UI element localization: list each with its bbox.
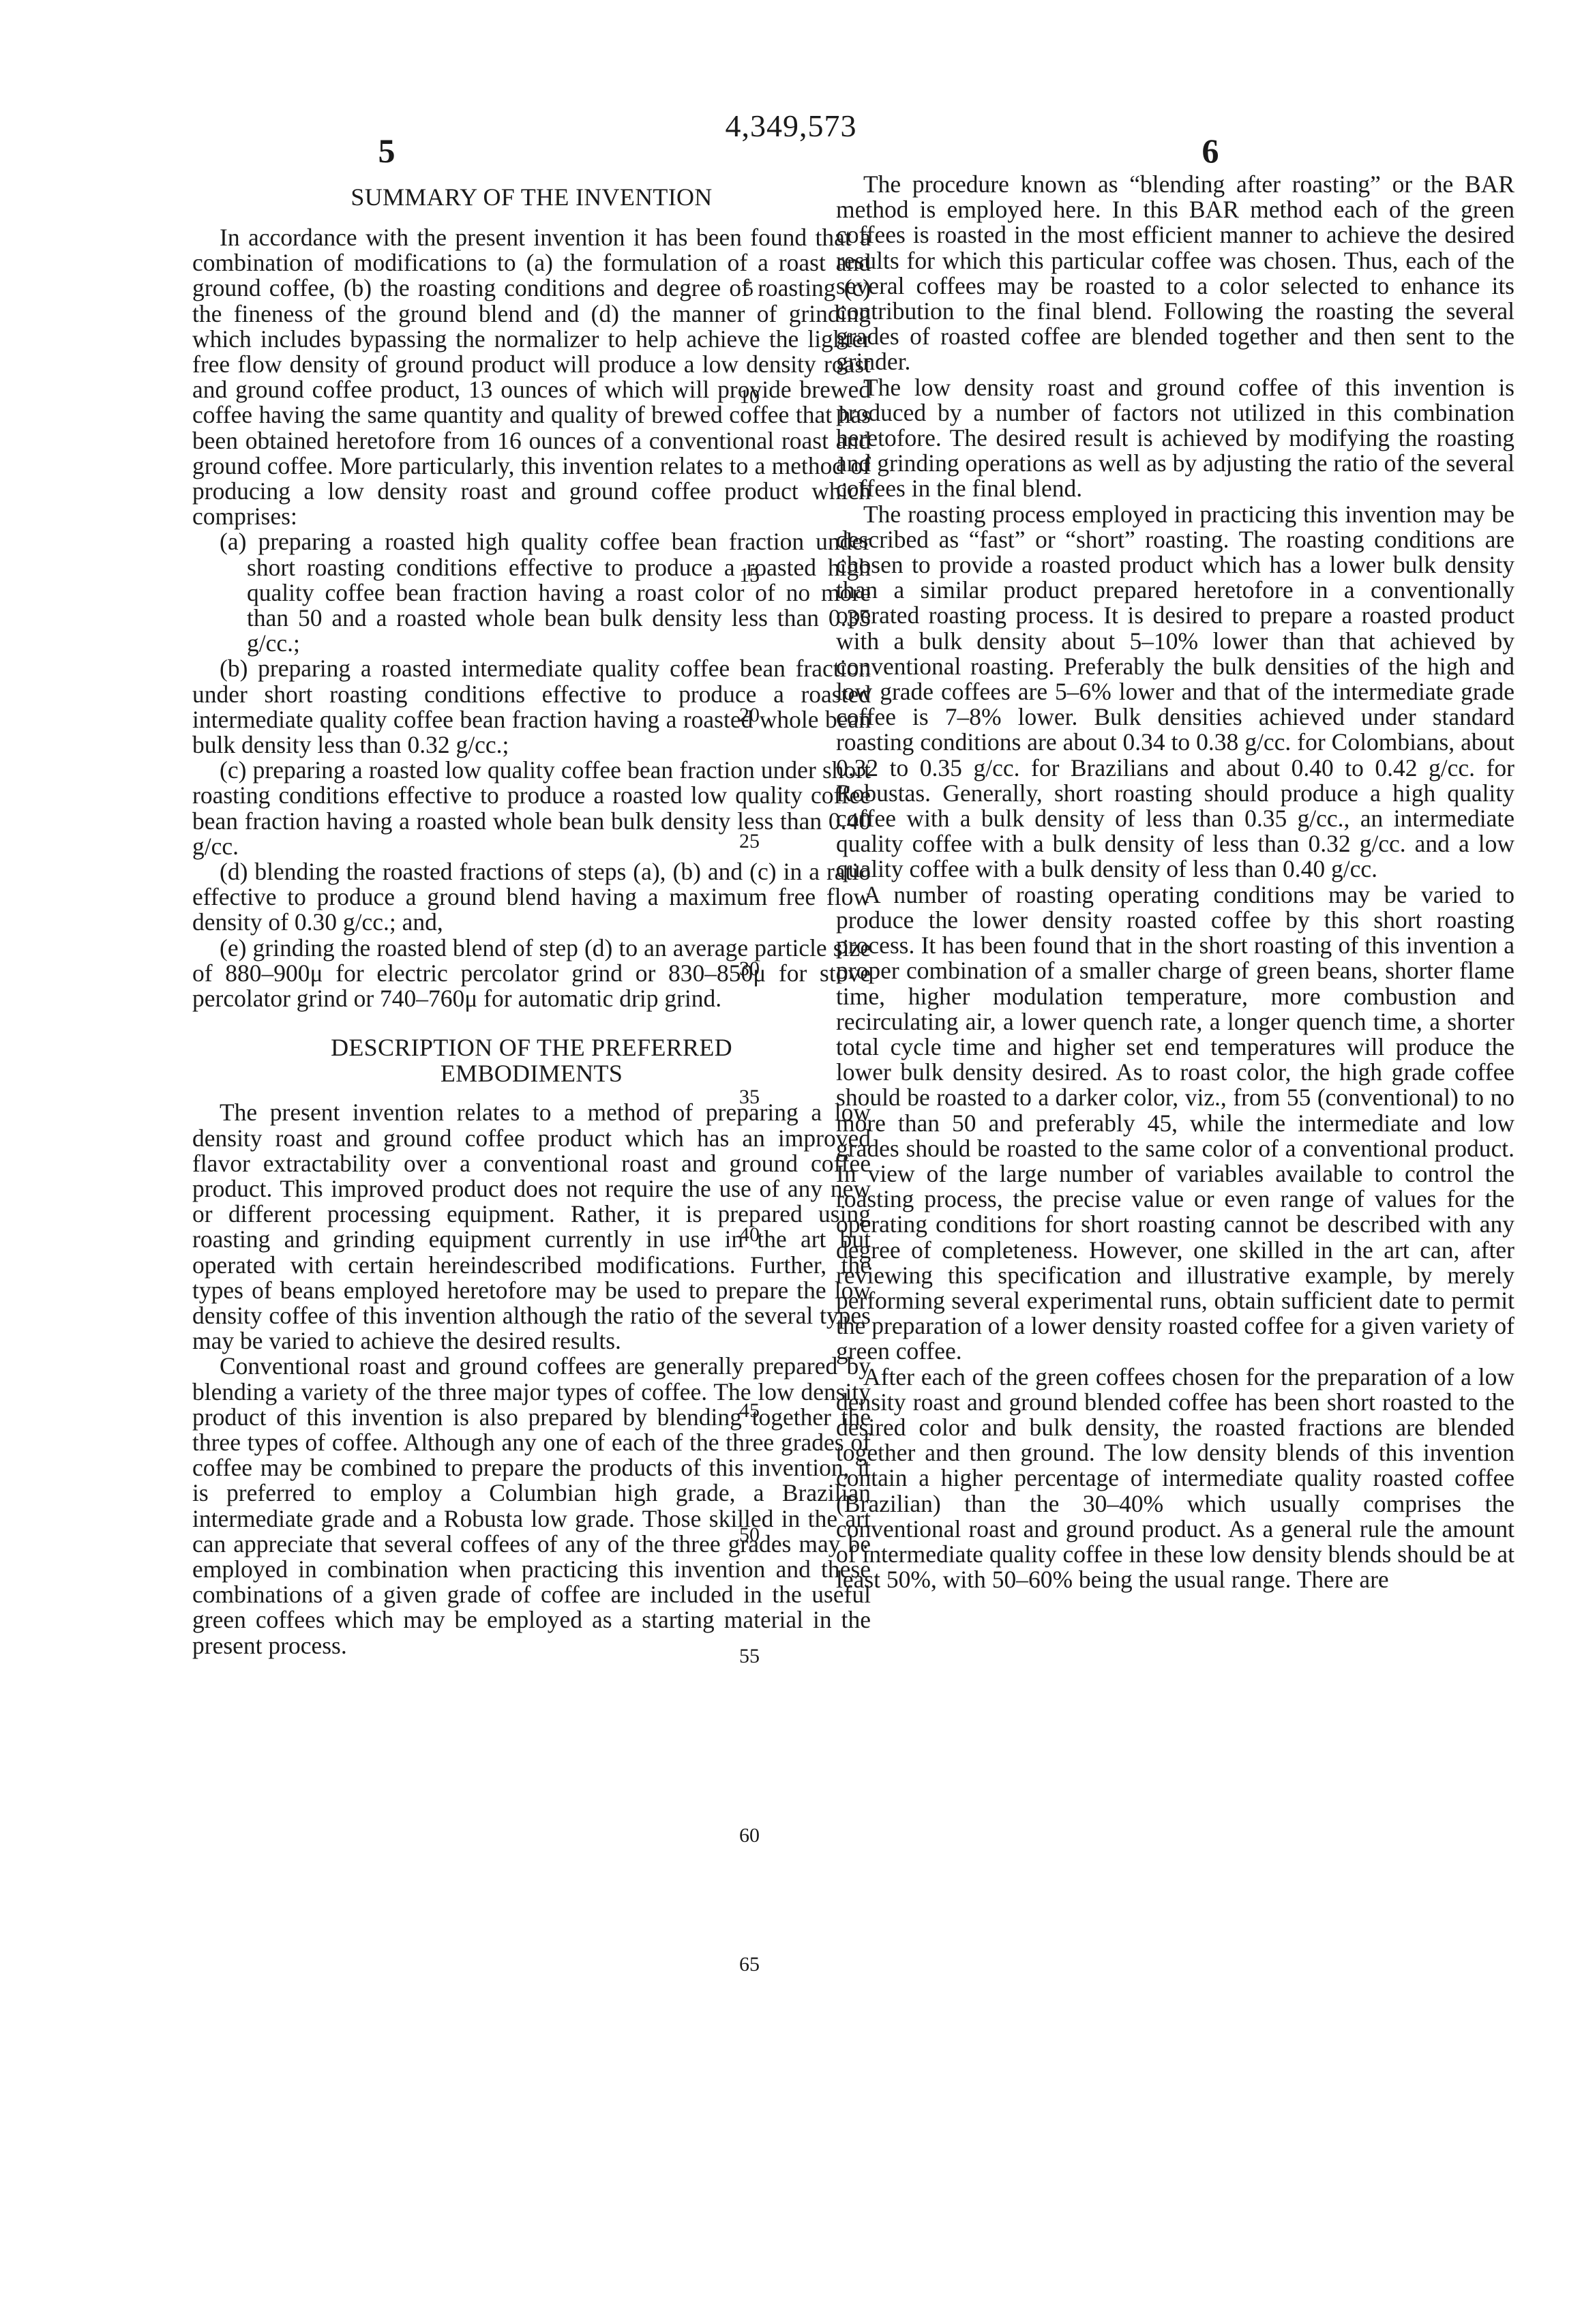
claim-e: (e) grinding the roasted blend of step (…	[192, 936, 871, 1012]
line-number: 60	[739, 1823, 760, 1848]
line-number: 30	[739, 956, 760, 981]
line-number: 55	[739, 1643, 760, 1669]
column-number-left: 5	[353, 131, 421, 170]
claim-a: (a) preparing a roasted high quality cof…	[192, 529, 871, 656]
paragraph: Conventional roast and ground coffees ar…	[192, 1354, 871, 1658]
line-number: 20	[739, 702, 760, 728]
paragraph: The roasting process employed in practic…	[836, 502, 1514, 882]
claim-d: (d) blending the roasted fractions of st…	[192, 859, 871, 936]
claim-b: (b) preparing a roasted intermediate qua…	[192, 656, 871, 758]
heading-summary: SUMMARY OF THE INVENTION	[192, 184, 871, 210]
heading-description-line1: DESCRIPTION OF THE PREFERRED	[192, 1034, 871, 1060]
heading-description-line2: EMBODIMENTS	[192, 1060, 871, 1086]
column-number-right: 6	[1176, 131, 1244, 170]
line-number: 25	[739, 829, 760, 854]
paragraph: The present invention relates to a metho…	[192, 1100, 871, 1354]
line-number: 10	[739, 384, 760, 409]
left-column: SUMMARY OF THE INVENTION In accordance w…	[192, 174, 871, 1658]
claim-c: (c) preparing a roasted low quality coff…	[192, 758, 871, 859]
summary-paragraph: In accordance with the present invention…	[192, 225, 871, 529]
paragraph: The low density roast and ground coffee …	[836, 375, 1514, 502]
line-number: 40	[739, 1222, 760, 1247]
patent-number: 4,349,573	[0, 108, 1582, 144]
line-number: 5	[743, 276, 753, 301]
line-number: 45	[739, 1398, 760, 1423]
heading-description: DESCRIPTION OF THE PREFERRED EMBODIMENTS	[192, 1034, 871, 1086]
right-column: The procedure known as “blending after r…	[836, 172, 1514, 1592]
line-number: 50	[739, 1522, 760, 1547]
line-number: 15	[739, 563, 760, 588]
paragraph: The procedure known as “blending after r…	[836, 172, 1514, 375]
paragraph: After each of the green coffees chosen f…	[836, 1365, 1514, 1593]
paragraph: A number of roasting operating condition…	[836, 882, 1514, 1365]
line-number: 65	[739, 1952, 760, 1977]
line-number: 35	[739, 1084, 760, 1109]
